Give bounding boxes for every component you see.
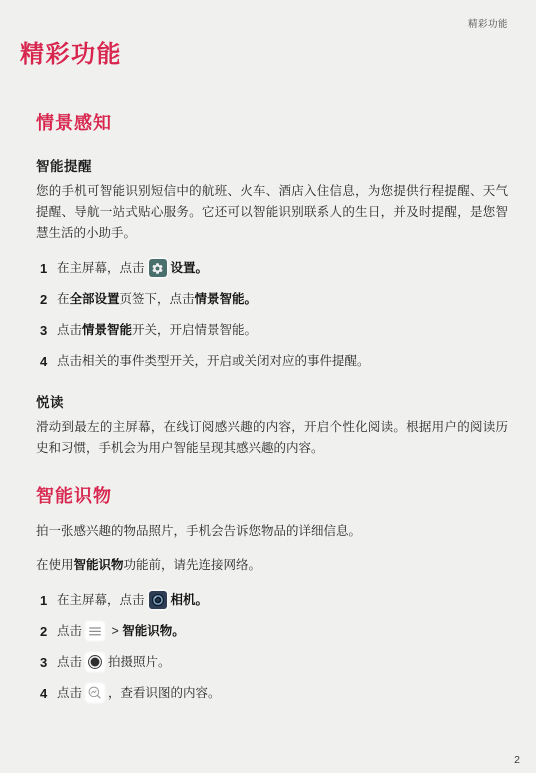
text-run-bold: 情景智能。 xyxy=(195,292,258,306)
text-run: 点击相关的事件类型开关，开启或关闭对应的事件提醒。 xyxy=(57,354,370,368)
text-run: 开关，开启情景智能。 xyxy=(132,323,257,337)
step-text: 在主屏幕，点击 相机。 xyxy=(57,591,508,610)
text-run: 点击 xyxy=(57,655,82,669)
shutter-icon xyxy=(86,653,104,671)
step-list: 1在主屏幕，点击 相机。2点击 > 智能识物。3点击 拍摄照片。4点击 ，查看识… xyxy=(40,591,508,703)
paragraph: 滑动到最左的主屏幕，在线订阅感兴趣的内容，开启个性化阅读。根据用户的阅读历史和习… xyxy=(36,417,508,459)
step-text: 点击 > 智能识物。 xyxy=(57,622,508,641)
step-number: 3 xyxy=(40,321,57,340)
text-run-bold: 设置。 xyxy=(171,261,209,275)
section-heading-context-awareness: 情景感知 xyxy=(36,109,508,135)
text-run: 拍一张感兴趣的物品照片，手机会告诉您物品的详细信息。 xyxy=(36,524,361,538)
menu-icon xyxy=(86,622,104,640)
text-run: 点击 xyxy=(57,624,82,638)
step-text: 在全部设置页签下，点击情景智能。 xyxy=(57,290,508,309)
text-run: 点击 xyxy=(57,686,82,700)
step-item: 2在全部设置页签下，点击情景智能。 xyxy=(40,290,508,309)
subheading-smart-reminder: 智能提醒 xyxy=(36,155,508,175)
running-header: 精彩功能 xyxy=(468,16,508,30)
step-number: 4 xyxy=(40,352,57,371)
text-run: 点击 xyxy=(57,323,82,337)
text-run: 功能前，请先连接网络。 xyxy=(124,558,262,572)
text-run-bold: 智能识物。 xyxy=(122,624,185,638)
step-item: 2点击 > 智能识物。 xyxy=(40,622,508,641)
subheading-pleasant-reading: 悦读 xyxy=(36,391,508,411)
text-run: 您的手机可智能识别短信中的航班、火车、酒店入住信息，为您提供行程提醒、天气提醒、… xyxy=(36,184,508,240)
text-run: ，查看识图的内容。 xyxy=(108,686,221,700)
text-run-bold: 情景智能 xyxy=(82,323,132,337)
text-run: 滑动到最左的主屏幕，在线订阅感兴趣的内容，开启个性化阅读。根据用户的阅读历史和习… xyxy=(36,420,508,455)
step-number: 1 xyxy=(40,259,57,278)
document-page: 精彩功能 精彩功能 情景感知智能提醒您的手机可智能识别短信中的航班、火车、酒店入… xyxy=(0,0,536,773)
step-text: 点击相关的事件类型开关，开启或关闭对应的事件提醒。 xyxy=(57,352,508,371)
step-number: 2 xyxy=(40,622,57,641)
step-text: 点击 拍摄照片。 xyxy=(57,653,508,672)
settings-icon xyxy=(149,259,167,277)
step-item: 4点击相关的事件类型开关，开启或关闭对应的事件提醒。 xyxy=(40,352,508,371)
text-run-bold: 智能识物 xyxy=(74,558,124,572)
text-run: 在使用 xyxy=(36,558,74,572)
text-run-bold: 相机。 xyxy=(171,593,209,607)
text-run: 在主屏幕，点击 xyxy=(57,261,145,275)
step-item: 4点击 ，查看识图的内容。 xyxy=(40,684,508,703)
step-text: 点击情景智能开关，开启情景智能。 xyxy=(57,321,508,340)
text-run: 在 xyxy=(57,292,70,306)
step-item: 1在主屏幕，点击 相机。 xyxy=(40,591,508,610)
document-body: 情景感知智能提醒您的手机可智能识别短信中的航班、火车、酒店入住信息，为您提供行程… xyxy=(36,109,508,703)
paragraph: 您的手机可智能识别短信中的航班、火车、酒店入住信息，为您提供行程提醒、天气提醒、… xyxy=(36,181,508,244)
step-item: 3点击情景智能开关，开启情景智能。 xyxy=(40,321,508,340)
page-title: 精彩功能 xyxy=(20,34,536,69)
paragraph: 在使用智能识物功能前，请先连接网络。 xyxy=(36,555,508,576)
step-number: 2 xyxy=(40,290,57,309)
text-run: 页签下，点击 xyxy=(120,292,195,306)
step-text: 点击 ，查看识图的内容。 xyxy=(57,684,508,703)
step-text: 在主屏幕，点击 设置。 xyxy=(57,259,508,278)
text-run: 在主屏幕，点击 xyxy=(57,593,145,607)
step-number: 1 xyxy=(40,591,57,610)
step-item: 1在主屏幕，点击 设置。 xyxy=(40,259,508,278)
section-heading-object-recognition: 智能识物 xyxy=(36,482,508,508)
camera-icon xyxy=(149,591,167,609)
step-list: 1在主屏幕，点击 设置。2在全部设置页签下，点击情景智能。3点击情景智能开关，开… xyxy=(40,259,508,371)
paragraph: 拍一张感兴趣的物品照片，手机会告诉您物品的详细信息。 xyxy=(36,521,508,542)
text-run: 拍摄照片。 xyxy=(108,655,171,669)
page-number: 2 xyxy=(514,754,520,766)
vision-icon xyxy=(86,684,104,702)
step-number: 3 xyxy=(40,653,57,672)
text-run-bold: 全部设置 xyxy=(70,292,120,306)
text-run: > xyxy=(108,624,122,638)
step-number: 4 xyxy=(40,684,57,703)
step-item: 3点击 拍摄照片。 xyxy=(40,653,508,672)
